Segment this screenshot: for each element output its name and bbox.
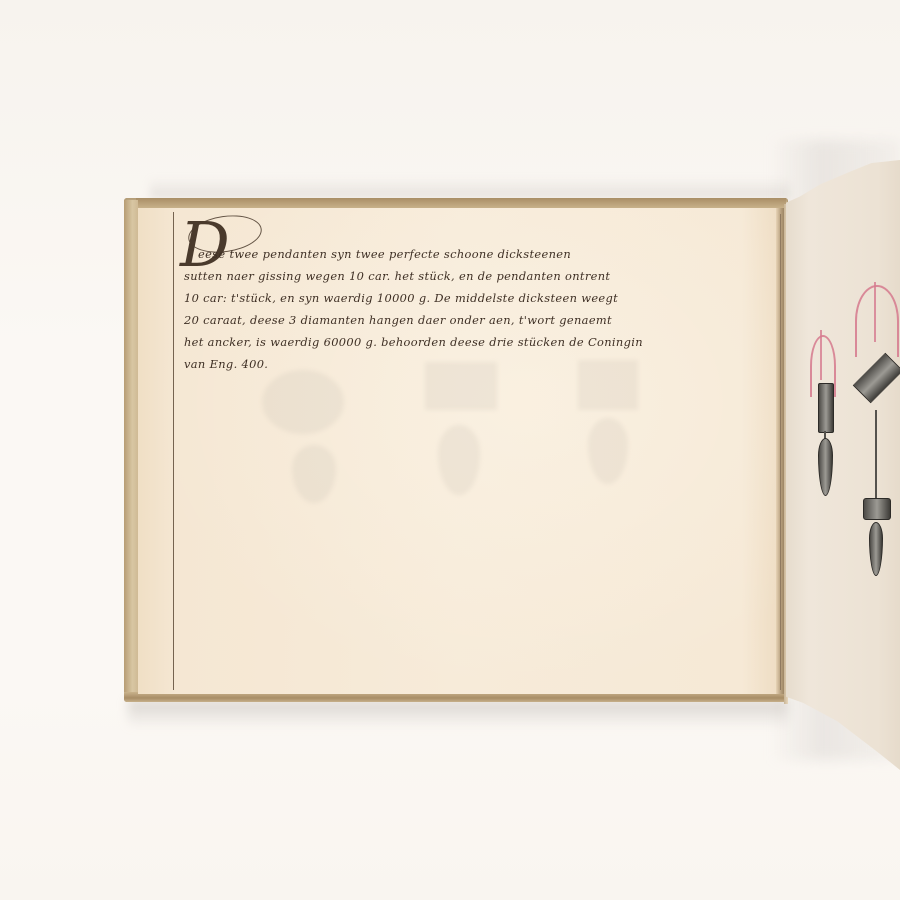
cover-top-edge	[136, 198, 786, 208]
margin-rule-line	[173, 212, 174, 690]
right-page	[786, 160, 900, 770]
table-cut-stone	[818, 383, 834, 433]
text-line: 20 caraat, deese 3 diamanten hangen daer…	[184, 309, 774, 331]
gutter-line	[780, 214, 781, 690]
cover-left-edge	[124, 200, 138, 700]
ribbon-bow-icon	[855, 285, 899, 357]
handwritten-text: eese twee pendanten syn twee perfecte sc…	[184, 243, 774, 375]
ghost-round-stone	[262, 370, 344, 434]
ribbon-tie	[820, 330, 822, 380]
jewel-stem	[875, 410, 877, 498]
book-shadow-bottom	[128, 700, 788, 728]
text-line: van Eng. 400.	[184, 353, 774, 375]
ribbon-tie	[874, 282, 876, 342]
text-line: 10 car: t'stück, en syn waerdig 10000 g.…	[184, 287, 774, 309]
rectangular-stone	[863, 498, 891, 520]
text-line: eese twee pendanten syn twee perfecte sc…	[184, 243, 774, 265]
text-line: sutten naer gissing wegen 10 car. het st…	[184, 265, 774, 287]
text-line: het ancker, is waerdig 60000 g. behoorde…	[184, 331, 774, 353]
page-shadow-top	[150, 178, 790, 198]
